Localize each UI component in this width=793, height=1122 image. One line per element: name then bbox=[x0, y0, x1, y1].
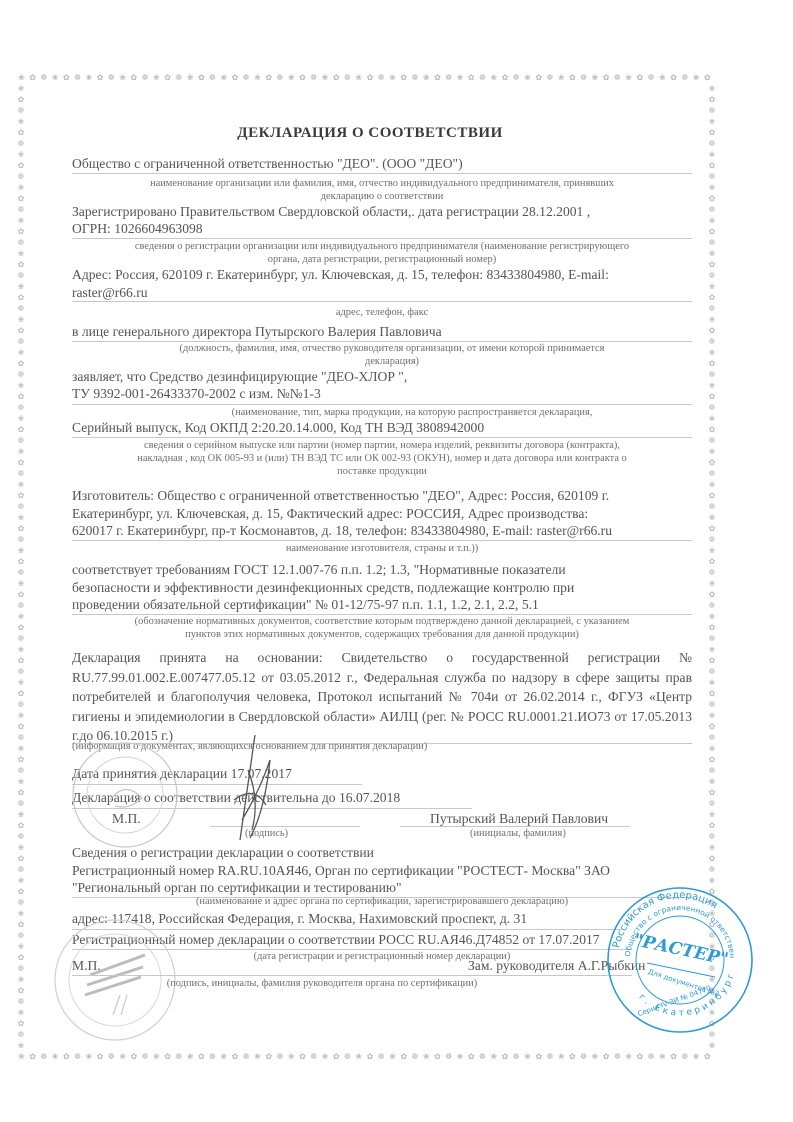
manufacturer-line-3: 620017 г. Екатеринбург, пр-т Космонавтов… bbox=[72, 523, 612, 539]
product-spec: ТУ 9392-001-26433370-2002 с изм. №№1-3 bbox=[72, 386, 321, 402]
serial-caption-3: поставке продукции bbox=[72, 466, 692, 477]
divider bbox=[72, 540, 692, 541]
divider bbox=[72, 404, 692, 405]
manufacturer-line-2: Екатеринбург, ул. Ключевская, д. 15, Фак… bbox=[72, 506, 588, 522]
decorative-border-left: ❀✿❁❀✿❁❀✿❁❀✿❁❀✿❁❀✿❁❀✿❁❀✿❁❀✿❁❀✿❁❀✿❁❀✿❁❀✿❁❀… bbox=[16, 83, 26, 1051]
product-caption: (наименование, тип, марка продукции, на … bbox=[72, 407, 692, 418]
serial-release: Серийный выпуск, Код ОКПД 2:20.20.14.000… bbox=[72, 420, 484, 436]
decorative-border-top: ❀ ✿ ❁ ❀ ✿ ❁ ❀ ✿ ❁ ❀ ✿ ❁ ❀ ✿ ❁ ❀ ✿ ❁ ❀ ✿ … bbox=[18, 73, 713, 83]
signer-caption: (инициалы, фамилия) bbox=[470, 828, 566, 839]
ogrn: ОГРН: 1026604963098 bbox=[72, 221, 203, 237]
manufacturer-line-1: Изготовитель: Общество с ограниченной от… bbox=[72, 488, 609, 504]
represented-caption-2: декларация) bbox=[72, 356, 712, 367]
product-name: заявляет, что Средство дезинфицирующие "… bbox=[72, 369, 407, 385]
divider bbox=[72, 975, 632, 976]
registration-caption: (наименование и адрес органа по сертифик… bbox=[72, 896, 692, 907]
signer-name: Путырский Валерий Павлович bbox=[430, 811, 608, 827]
serial-caption-2: накладная , код ОК 005-93 и (или) ТН ВЭД… bbox=[72, 453, 692, 464]
applicant-address: Адрес: Россия, 620109 г. Екатеринбург, у… bbox=[72, 267, 609, 283]
registration-body: Регистрационный номер RA.RU.10АЯ46, Орга… bbox=[72, 863, 610, 879]
divider bbox=[72, 614, 692, 615]
svg-text:"РАСТЕР": "РАСТЕР" bbox=[632, 930, 730, 970]
registration-body-name: "Региональный орган по сертификации и те… bbox=[72, 880, 402, 896]
declaration-basis: Декларация принята на основании: Свидете… bbox=[72, 648, 692, 746]
decorative-border-bottom: ❀ ✿ ❁ ❀ ✿ ❁ ❀ ✿ ❁ ❀ ✿ ❁ ❀ ✿ ❁ ❀ ✿ ❁ ❀ ✿ … bbox=[18, 1052, 713, 1062]
serial-caption: сведения о серийном выпуске или партии (… bbox=[72, 440, 692, 451]
compliance-caption-2: пунктов этих нормативных документов, сод… bbox=[72, 629, 692, 640]
registration-info: Зарегистрировано Правительством Свердлов… bbox=[72, 204, 590, 220]
represented-caption: (должность, фамилия, имя, отчество руков… bbox=[72, 343, 712, 354]
applicant-name-caption: наименование организации или фамилия, им… bbox=[72, 178, 692, 189]
applicant-email: raster@r66.ru bbox=[72, 285, 148, 301]
company-seal-stamp bbox=[70, 740, 180, 850]
cert-seal-label: М.П. bbox=[72, 958, 101, 974]
document-title: ДЕКЛАРАЦИЯ О СООТВЕТСТВИИ bbox=[0, 125, 740, 142]
raster-stamp: Российская Федерация Общество с ограниче… bbox=[605, 885, 755, 1035]
handwritten-signature bbox=[220, 730, 290, 850]
divider bbox=[72, 437, 692, 438]
compliance-line-3: проведении обязательной сертификации" № … bbox=[72, 597, 539, 613]
official-caption: (подпись, инициалы, фамилия руководителя… bbox=[72, 978, 572, 989]
registration-caption-2: органа, дата регистрации, регистрационны… bbox=[72, 254, 692, 265]
represented-by: в лице генерального директора Путырского… bbox=[72, 324, 442, 340]
manufacturer-caption: наименование изготовителя, страны и т.п.… bbox=[72, 543, 692, 554]
registration-heading: Сведения о регистрации декларации о соот… bbox=[72, 845, 374, 861]
signer-line bbox=[400, 826, 630, 827]
divider bbox=[72, 173, 692, 174]
divider bbox=[72, 301, 692, 302]
divider bbox=[72, 341, 692, 342]
applicant-name-caption-2: декларацию о соответствии bbox=[72, 191, 692, 202]
compliance-line-2: безопасности и эффективности дезинфекцио… bbox=[72, 580, 574, 596]
compliance-line-1: соответствует требованиям ГОСТ 12.1.007-… bbox=[72, 562, 566, 578]
registration-caption: сведения о регистрации организации или и… bbox=[72, 241, 692, 252]
seal-label: М.П. bbox=[112, 811, 141, 827]
divider bbox=[72, 238, 692, 239]
applicant-name: Общество с ограниченной ответственностью… bbox=[72, 156, 463, 172]
address-caption: адрес, телефон, факс bbox=[72, 307, 692, 318]
compliance-caption: (обозначение нормативных документов, соо… bbox=[72, 616, 692, 627]
